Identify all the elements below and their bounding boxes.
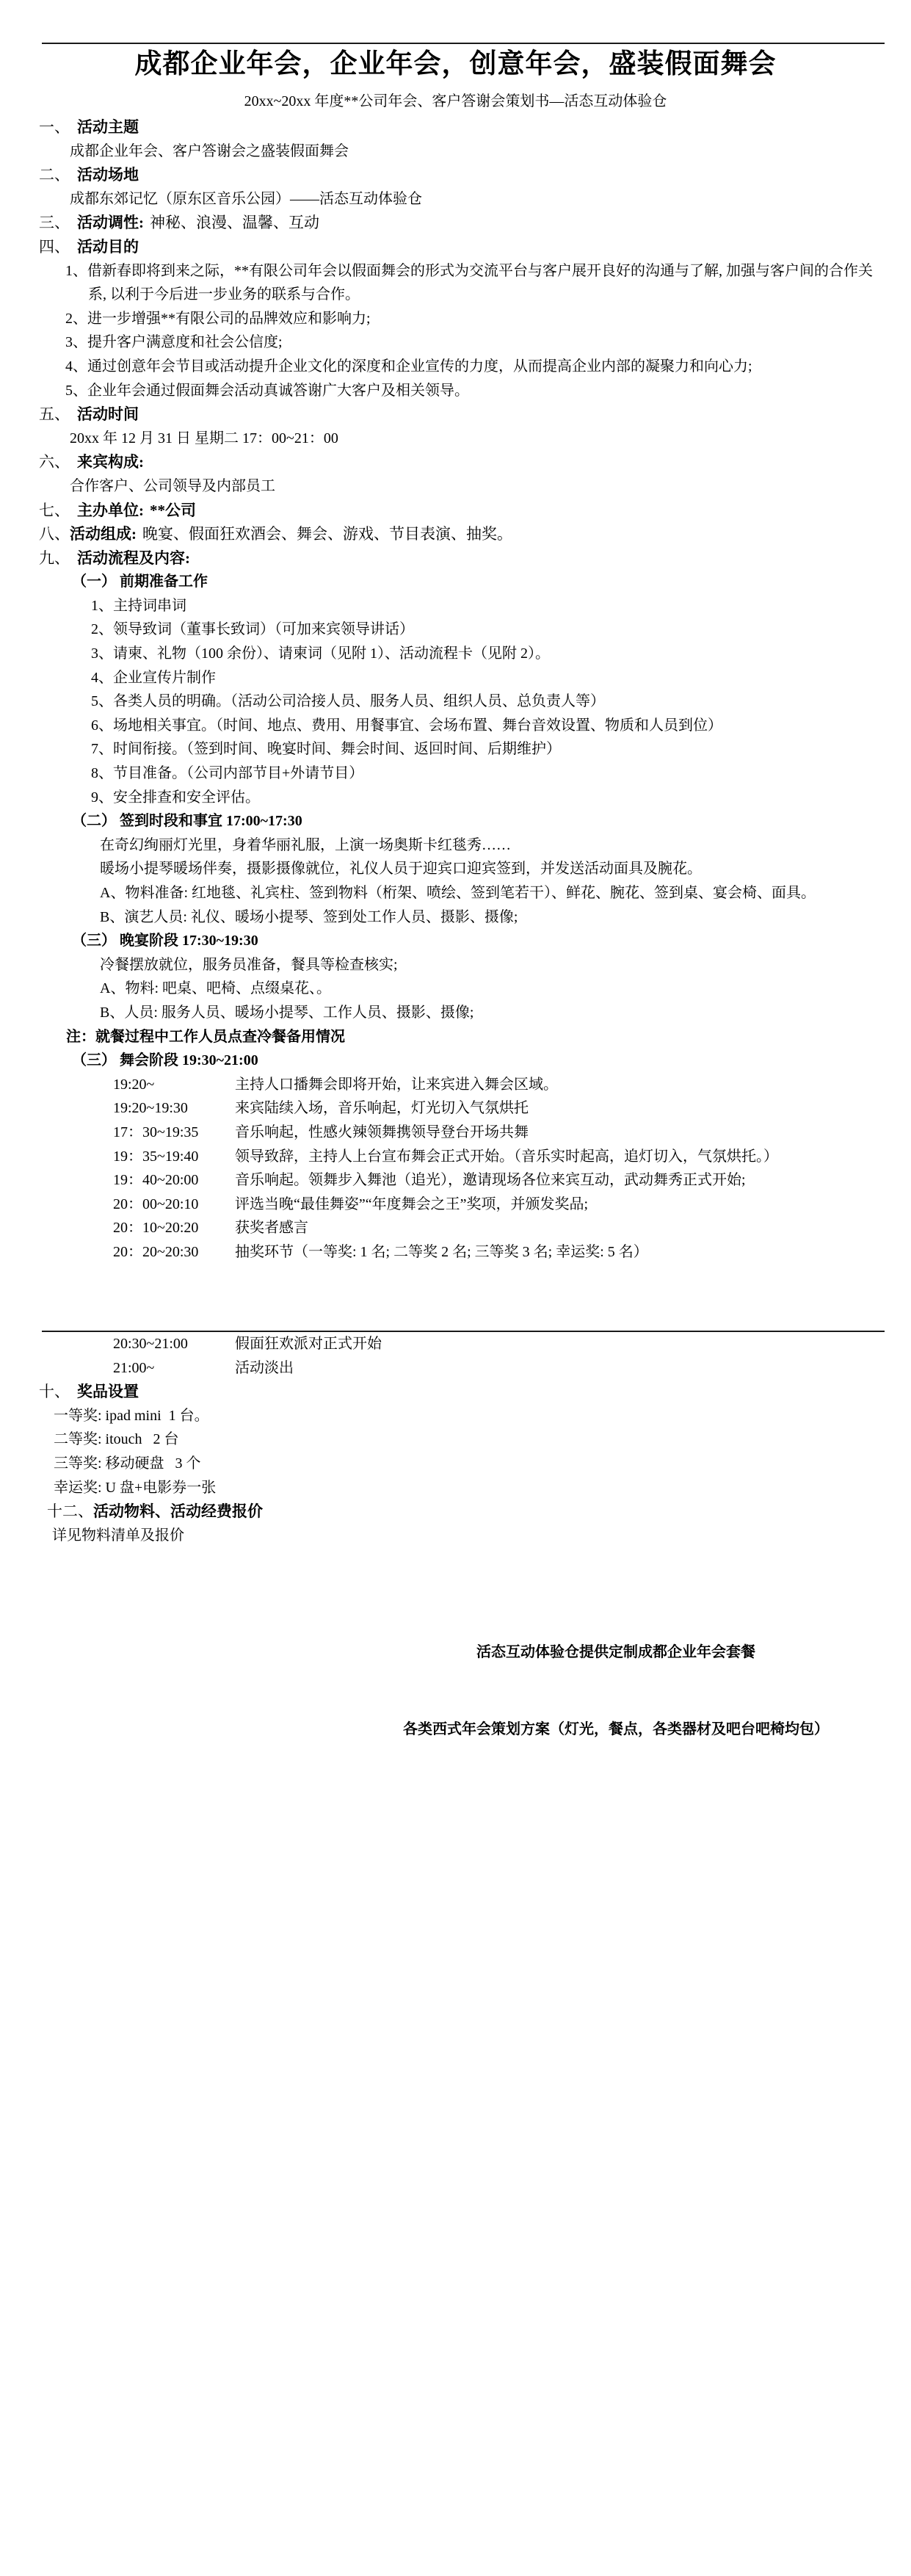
- dinner-item-text: B、人员: 服务人员、暖场小提琴、工作人员、摄影、摄像;: [100, 1005, 473, 1021]
- footer-note: 活态互动体验仓提供定制成都企业年会套餐 各类西式年会策划方案（灯光，餐点，各类器…: [378, 1588, 854, 1768]
- timeline-desc: 假面狂欢派对正式开始: [235, 1336, 382, 1352]
- timeline-time: 17：30~19:35: [113, 1121, 235, 1145]
- section-number: 四、: [39, 238, 70, 256]
- section-heading-time: 五、活动时间: [0, 402, 911, 427]
- page-subtitle: 20xx~20xx 年度**公司年会、客户答谢会策划书—活态互动体验仓: [0, 90, 911, 112]
- subsection-heading-dinner: （三） 晚宴阶段 17:30~19:30: [0, 929, 911, 953]
- prep-item-text: 7、时间衔接。（签到时间、晚宴时间、舞会时间、返回时间、后期维护）: [91, 741, 561, 757]
- purpose-item-text: 4、通过创意年会节目或活动提升企业文化的深度和企业宣传的力度，从而提高企业内部的…: [65, 358, 752, 375]
- prep-item-text: 2、领导致词（董事长致词）（可加来宾领导讲话）: [91, 621, 414, 637]
- timeline-row: 19：35~19:40领导致辞，主持人上台宣布舞会正式开始。（音乐实时起高，追灯…: [0, 1145, 911, 1169]
- timeline-time: 20：00~20:10: [113, 1193, 235, 1217]
- section-content-tone: 神秘、浪漫、温馨、互动: [150, 214, 319, 231]
- timeline-row: 20：20~20:30抽奖环节（一等奖: 1 名; 二等奖 2 名; 三等奖 3…: [0, 1240, 911, 1265]
- section-content-time: 20xx 年 12 月 31 日 星期二 17：00~21：00: [0, 427, 911, 451]
- timeline-time: 20：10~20:20: [113, 1216, 235, 1240]
- timeline-row: 20:30~21:00假面狂欢派对正式开始: [0, 1332, 911, 1356]
- timeline-desc: 获奖者感言: [235, 1220, 308, 1236]
- dinner-note: 注：就餐过程中工作人员点查冷餐备用情况: [0, 1025, 911, 1049]
- footer-line2: 各类西式年会策划方案（灯光，餐点，各类器材及吧台吧椅均包）: [378, 1717, 854, 1743]
- prep-item-text: 6、场地相关事宜。（时间、地点、费用、用餐事宜、会场布置、舞台音效设置、物质和人…: [91, 717, 722, 734]
- prize-item: 幸运奖: U 盘+电影券一张: [0, 1476, 911, 1500]
- prep-item: 7、时间衔接。（签到时间、晚宴时间、舞会时间、返回时间、后期维护）: [0, 737, 911, 761]
- timeline-time: 19:20~: [113, 1073, 235, 1097]
- section-heading-venue: 二、活动场地: [0, 163, 911, 187]
- timeline-desc: 活动淡出: [235, 1360, 294, 1376]
- section-content-host: **公司: [150, 502, 196, 519]
- prep-item: 9、安全排查和安全评估。: [0, 786, 911, 810]
- section-content-components: 晚宴、假面狂欢酒会、舞会、游戏、节目表演、抽奖。: [142, 525, 512, 543]
- section-title: 活动时间: [77, 405, 139, 423]
- subsection-heading-ball: （三） 舞会阶段 19:30~21:00: [0, 1049, 911, 1073]
- prep-items: 1、主持词串词2、领导致词（董事长致词）（可加来宾领导讲话）3、请柬、礼物（10…: [0, 594, 911, 809]
- page-title: 成都企业年会，企业年会，创意年会，盛装假面舞会: [0, 46, 911, 84]
- section-title: 活动组成:: [70, 525, 137, 543]
- section-number: 一、: [39, 118, 70, 136]
- timeline-time: 20：20~20:30: [113, 1240, 235, 1265]
- section-heading-host: 七、主办单位:**公司: [0, 499, 911, 523]
- timeline-row: 17：30~19:35音乐响起，性感火辣领舞携领导登台开场共舞: [0, 1121, 911, 1145]
- subsection-heading-checkin: （二） 签到时段和事宜 17:00~17:30: [0, 809, 911, 833]
- checkin-item: B、演艺人员: 礼仪、暖场小提琴、签到处工作人员、摄影、摄像;: [0, 905, 911, 930]
- timeline-row: 19:20~19:30来宾陆续入场，音乐响起，灯光切入气氛烘托: [0, 1096, 911, 1121]
- section-number: 十二、: [47, 1502, 93, 1520]
- dinner-item: A、物料: 吧桌、吧椅、点缀桌花、。: [0, 977, 911, 1001]
- timeline-desc: 评选当晚“最佳舞姿”“年度舞会之王”奖项，并颁发奖品;: [235, 1196, 588, 1212]
- section-content-theme: 成都企业年会、客户答谢会之盛装假面舞会: [0, 140, 911, 164]
- page1-content: 一、活动主题 成都企业年会、客户答谢会之盛装假面舞会 二、活动场地 成都东郊记忆…: [0, 115, 911, 1265]
- section-title: 活动场地: [77, 166, 139, 184]
- section-heading-guests: 六、来宾构成:: [0, 450, 911, 474]
- section-title: 活动物料、活动经费报价: [93, 1502, 263, 1520]
- prize-item-text: 二等奖: itouch 2 台: [54, 1431, 179, 1447]
- section-number: 七、: [39, 502, 70, 519]
- section-title: 主办单位:: [77, 502, 144, 519]
- timeline-row: 20：10~20:20获奖者感言: [0, 1216, 911, 1240]
- section-number: 十、: [39, 1383, 70, 1400]
- checkin-paragraph: 暖场小提琴暖场伴奏，摄影摄像就位，礼仪人员于迎宾口迎宾签到，并发送活动面具及腕花…: [0, 857, 911, 881]
- section-content-guests: 合作客户、公司领导及内部员工: [0, 474, 911, 499]
- checkin-paragraph: 在奇幻绚丽灯光里，身着华丽礼服，上演一场奥斯卡红毯秀……: [0, 833, 911, 858]
- checkin-item-text: A、物料准备: 红地毯、礼宾柱、签到物料（桁架、喷绘、签到笔若干）、鲜花、腕花、…: [100, 885, 816, 901]
- checkin-item-text: B、演艺人员: 礼仪、暖场小提琴、签到处工作人员、摄影、摄像;: [100, 909, 518, 925]
- prep-item: 5、各类人员的明确。（活动公司洽接人员、服务人员、组织人员、总负责人等）: [0, 690, 911, 714]
- section-heading-process: 九、活动流程及内容:: [0, 546, 911, 571]
- timeline-desc: 来宾陆续入场，音乐响起，灯光切入气氛烘托: [235, 1100, 529, 1116]
- page1-header-rule: [42, 43, 885, 44]
- ball-timeline-page2: 20:30~21:00假面狂欢派对正式开始21:00~活动淡出: [0, 1332, 911, 1380]
- purpose-item: 5、企业年会通过假面舞会活动真诚答谢广大客户及相关领导。: [0, 379, 911, 403]
- dinner-paragraph: 冷餐摆放就位，服务员准备，餐具等检查核实;: [0, 953, 911, 977]
- prize-item-text: 幸运奖: U 盘+电影券一张: [54, 1480, 216, 1496]
- document-page: { "document": { "title": "成都企业年会，企业年会，创意…: [0, 0, 911, 2576]
- prep-item: 6、场地相关事宜。（时间、地点、费用、用餐事宜、会场布置、舞台音效设置、物质和人…: [0, 714, 911, 738]
- prize-item: 一等奖: ipad mini 1 台。: [0, 1404, 911, 1428]
- section-number: 二、: [39, 166, 70, 184]
- section-heading-budget: 十二、活动物料、活动经费报价: [0, 1499, 911, 1524]
- purpose-item: 3、提升客户满意度和社会公信度;: [0, 330, 911, 355]
- purpose-item: 1、借新春即将到来之际，**有限公司年会以假面舞会的形式为交流平台与客户展开良好…: [0, 259, 911, 307]
- section-title: 活动主题: [77, 118, 139, 136]
- prep-item: 2、领导致词（董事长致词）（可加来宾领导讲话）: [0, 618, 911, 642]
- timeline-time: 21:00~: [113, 1356, 235, 1381]
- prep-item-text: 8、节目准备。（公司内部节目+外请节目）: [91, 765, 363, 781]
- page2-content: 20:30~21:00假面狂欢派对正式开始21:00~活动淡出 十、奖品设置 一…: [0, 1332, 911, 1547]
- timeline-desc: 领导致辞，主持人上台宣布舞会正式开始。（音乐实时起高，追灯切入，气氛烘托。）: [235, 1148, 778, 1165]
- purpose-item: 2、进一步增强**有限公司的品牌效应和影响力;: [0, 307, 911, 331]
- checkin-paragraph-text: 暖场小提琴暖场伴奏，摄影摄像就位，礼仪人员于迎宾口迎宾签到，并发送活动面具及腕花…: [100, 861, 702, 877]
- purpose-items: 1、借新春即将到来之际，**有限公司年会以假面舞会的形式为交流平台与客户展开良好…: [0, 259, 911, 403]
- checkin-item: A、物料准备: 红地毯、礼宾柱、签到物料（桁架、喷绘、签到笔若干）、鲜花、腕花、…: [0, 881, 911, 905]
- section-number: 五、: [39, 405, 70, 423]
- dinner-paragraphs: 冷餐摆放就位，服务员准备，餐具等检查核实;: [0, 953, 911, 977]
- prize-item-text: 一等奖: ipad mini 1 台。: [54, 1408, 209, 1424]
- timeline-desc: 音乐响起。领舞步入舞池（追光），邀请现场各位来宾互动，武动舞秀正式开始;: [235, 1172, 746, 1188]
- section-heading-components: 八、活动组成:晚宴、假面狂欢酒会、舞会、游戏、节目表演、抽奖。: [0, 522, 911, 546]
- section-content-venue: 成都东郊记忆（原东区音乐公园）——活态互动体验仓: [0, 187, 911, 211]
- section-heading-tone: 三、活动调性:神秘、浪漫、温馨、互动: [0, 211, 911, 235]
- timeline-row: 20：00~20:10评选当晚“最佳舞姿”“年度舞会之王”奖项，并颁发奖品;: [0, 1193, 911, 1217]
- purpose-item-text: 5、企业年会通过假面舞会活动真诚答谢广大客户及相关领导。: [65, 383, 469, 399]
- section-content-budget: 详见物料清单及报价: [0, 1524, 911, 1548]
- prep-item-text: 4、企业宣传片制作: [91, 670, 216, 686]
- prep-item-text: 9、安全排查和安全评估。: [91, 789, 260, 806]
- timeline-desc: 音乐响起，性感火辣领舞携领导登台开场共舞: [235, 1124, 529, 1140]
- prize-item-text: 三等奖: 移动硬盘 3 个: [54, 1455, 201, 1472]
- subsection-heading-prep: （一） 前期准备工作: [0, 570, 911, 594]
- prize-item: 三等奖: 移动硬盘 3 个: [0, 1452, 911, 1476]
- dinner-items: A、物料: 吧桌、吧椅、点缀桌花、。B、人员: 服务人员、暖场小提琴、工作人员、…: [0, 977, 911, 1024]
- timeline-row: 19：40~20:00音乐响起。领舞步入舞池（追光），邀请现场各位来宾互动，武动…: [0, 1168, 911, 1193]
- timeline-desc: 主持人口播舞会即将开始，让来宾进入舞会区域。: [235, 1077, 558, 1093]
- prep-item-text: 1、主持词串词: [91, 598, 186, 614]
- prize-item: 二等奖: itouch 2 台: [0, 1428, 911, 1452]
- purpose-item-text: 1、借新春即将到来之际，**有限公司年会以假面舞会的形式为交流平台与客户展开良好…: [65, 263, 873, 303]
- section-number: 三、: [39, 214, 70, 231]
- prize-items: 一等奖: ipad mini 1 台。二等奖: itouch 2 台三等奖: 移…: [0, 1404, 911, 1499]
- prep-item: 8、节目准备。（公司内部节目+外请节目）: [0, 761, 911, 786]
- section-heading-prizes: 十、奖品设置: [0, 1380, 911, 1404]
- prep-item-text: 5、各类人员的明确。（活动公司洽接人员、服务人员、组织人员、总负责人等）: [91, 693, 605, 709]
- prep-item: 3、请柬、礼物（100 余份）、请柬词（见附 1）、活动流程卡（见附 2）。: [0, 642, 911, 666]
- section-title: 活动流程及内容:: [77, 549, 190, 567]
- timeline-time: 20:30~21:00: [113, 1332, 235, 1356]
- checkin-paragraphs: 在奇幻绚丽灯光里，身着华丽礼服，上演一场奥斯卡红毯秀……暖场小提琴暖场伴奏，摄影…: [0, 833, 911, 881]
- footer-line1: 活态互动体验仓提供定制成都企业年会套餐: [378, 1640, 854, 1665]
- section-number: 八、: [39, 525, 70, 543]
- checkin-paragraph-text: 在奇幻绚丽灯光里，身着华丽礼服，上演一场奥斯卡红毯秀……: [100, 837, 511, 853]
- ball-timeline: 19:20~主持人口播舞会即将开始，让来宾进入舞会区域。19:20~19:30来…: [0, 1073, 911, 1265]
- dinner-item-text: A、物料: 吧桌、吧椅、点缀桌花、。: [100, 980, 331, 996]
- section-number: 九、: [39, 549, 70, 567]
- dinner-item: B、人员: 服务人员、暖场小提琴、工作人员、摄影、摄像;: [0, 1001, 911, 1025]
- timeline-time: 19：35~19:40: [113, 1145, 235, 1169]
- section-heading-theme: 一、活动主题: [0, 115, 911, 140]
- checkin-items: A、物料准备: 红地毯、礼宾柱、签到物料（桁架、喷绘、签到笔若干）、鲜花、腕花、…: [0, 881, 911, 929]
- section-title: 奖品设置: [77, 1383, 139, 1400]
- section-title: 活动调性:: [77, 214, 144, 231]
- prep-item: 4、企业宣传片制作: [0, 666, 911, 690]
- timeline-time: 19：40~20:00: [113, 1168, 235, 1193]
- section-title: 来宾构成:: [77, 453, 144, 471]
- section-heading-purpose: 四、活动目的: [0, 235, 911, 259]
- purpose-item: 4、通过创意年会节目或活动提升企业文化的深度和企业宣传的力度，从而提高企业内部的…: [0, 355, 911, 379]
- timeline-row: 19:20~主持人口播舞会即将开始，让来宾进入舞会区域。: [0, 1073, 911, 1097]
- section-title: 活动目的: [77, 238, 139, 256]
- timeline-desc: 抽奖环节（一等奖: 1 名; 二等奖 2 名; 三等奖 3 名; 幸运奖: 5 …: [235, 1244, 648, 1260]
- purpose-item-text: 3、提升客户满意度和社会公信度;: [65, 334, 283, 350]
- purpose-item-text: 2、进一步增强**有限公司的品牌效应和影响力;: [65, 311, 371, 327]
- timeline-time: 19:20~19:30: [113, 1096, 235, 1121]
- prep-item-text: 3、请柬、礼物（100 余份）、请柬词（见附 1）、活动流程卡（见附 2）。: [91, 645, 550, 662]
- prep-item: 1、主持词串词: [0, 594, 911, 618]
- timeline-row: 21:00~活动淡出: [0, 1356, 911, 1381]
- section-number: 六、: [39, 453, 70, 471]
- dinner-paragraph-text: 冷餐摆放就位，服务员准备，餐具等检查核实;: [100, 957, 398, 973]
